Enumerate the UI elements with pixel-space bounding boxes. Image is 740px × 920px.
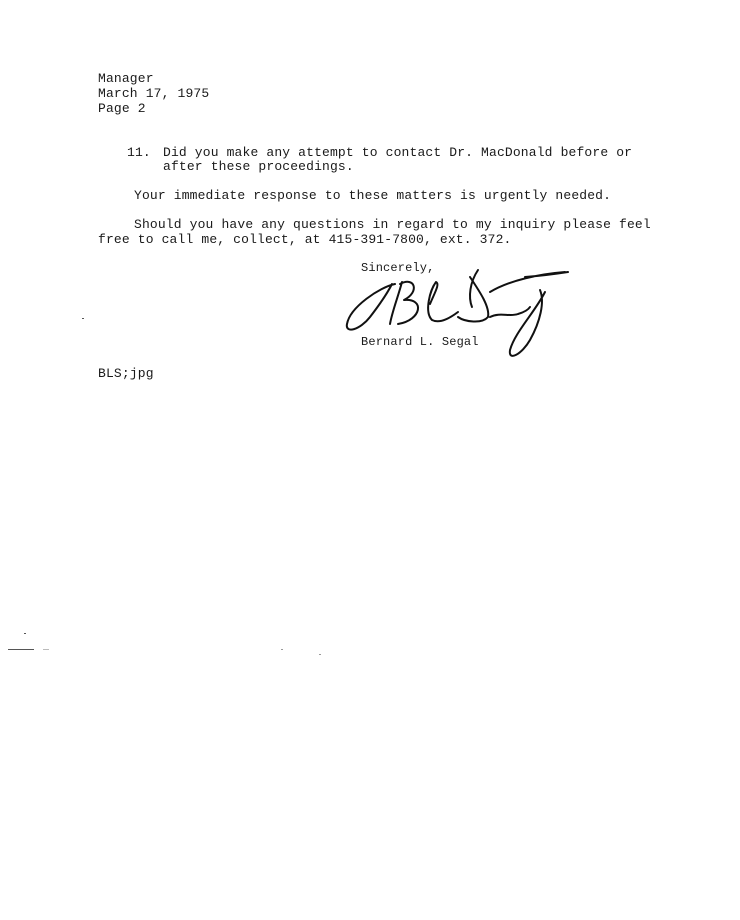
page-number: Page 2 (98, 101, 146, 116)
item-text-line2: after these proceedings. (163, 159, 354, 174)
scan-artifact (43, 649, 49, 650)
letter-date: March 17, 1975 (98, 86, 209, 101)
recipient: Manager (98, 71, 154, 86)
signature-icon (340, 262, 580, 367)
scan-artifact (319, 654, 321, 655)
paragraph-urgent: Your immediate response to these matters… (134, 188, 611, 203)
typist-initials: BLS;jpg (98, 366, 154, 381)
scan-artifact (82, 318, 84, 319)
signer-name: Bernard L. Segal (361, 335, 479, 350)
scan-artifact (281, 649, 283, 650)
paragraph-questions-line1: Should you have any questions in regard … (134, 217, 651, 232)
scan-artifact (8, 649, 34, 650)
scan-artifact (24, 633, 26, 634)
item-text-line1: Did you make any attempt to contact Dr. … (163, 145, 632, 160)
paragraph-questions-line2: free to call me, collect, at 415-391-780… (98, 232, 511, 247)
item-number: 11. (127, 145, 151, 160)
